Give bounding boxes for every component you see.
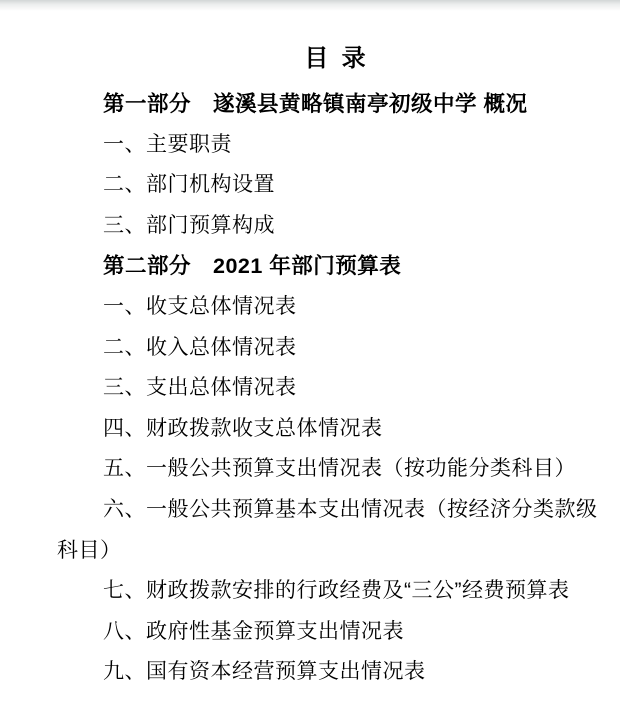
toc-item: 一、收支总体情况表 [57,287,613,328]
toc-item: 六、一般公共预算基本支出情况表（按经济分类款级科目） [57,490,613,571]
page-top-edge [0,0,620,11]
section-heading-part2: 第二部分 2021 年部门预算表 [57,246,613,287]
toc-item: 五、一般公共预算支出情况表（按功能分类科目） [57,449,613,490]
toc-item: 九、国有资本经营预算支出情况表 [57,652,613,693]
page-title: 目 录 [57,42,613,75]
toc-item: 八、政府性基金预算支出情况表 [57,612,613,653]
toc-item: 二、收入总体情况表 [57,328,613,369]
toc-item: 二、部门机构设置 [57,165,613,206]
toc-item: 三、部门预算构成 [57,206,613,247]
toc-item: 三、支出总体情况表 [57,368,613,409]
section-heading-part1: 第一部分 遂溪县黄略镇南亭初级中学 概况 [57,84,613,125]
document-page: 目 录 第一部分 遂溪县黄略镇南亭初级中学 概况 一、主要职责 二、部门机构设置… [0,0,620,707]
toc-item: 一、主要职责 [57,125,613,166]
table-of-contents: 第一部分 遂溪县黄略镇南亭初级中学 概况 一、主要职责 二、部门机构设置 三、部… [0,84,620,693]
toc-item: 四、财政拨款收支总体情况表 [57,409,613,450]
toc-item: 七、财政拨款安排的行政经费及“三公”经费预算表 [57,571,613,612]
